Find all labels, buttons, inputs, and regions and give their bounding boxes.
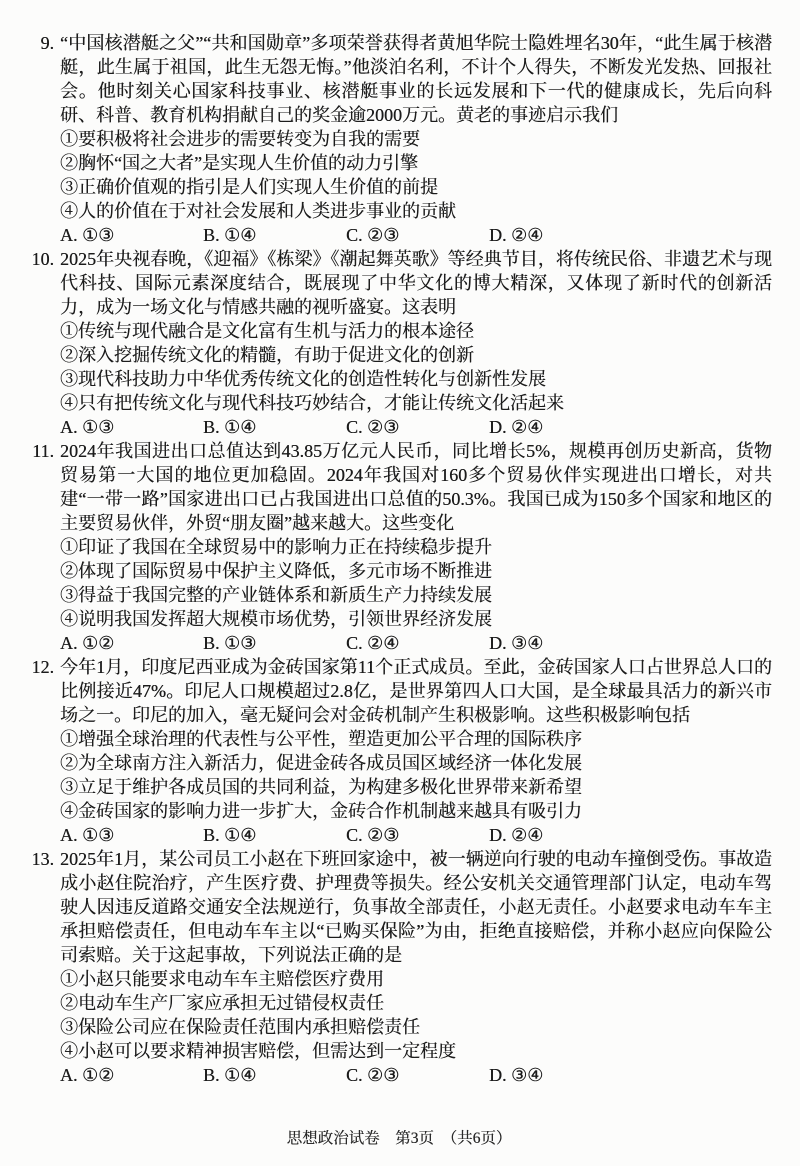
statement-4: ④只有把传统文化与现代科技巧妙结合，才能让传统文化活起来 [60,391,772,415]
choice-a: A. ①③ [60,415,203,439]
statement-2: ②体现了国际贸易中保护主义降低，多元市场不断推进 [60,559,772,583]
question-9: 9. “中国核潜艇之父”“共和国勋章”多项荣誉获得者黄旭华院士隐姓埋名30年，“… [26,31,772,247]
question-stem: 2025年央视春晚，《迎福》《栋梁》《潮起舞英歌》等经典节目，将传统民俗、非遗艺… [60,247,772,319]
choice-d: D. ③④ [489,1063,543,1087]
choice-b: B. ①③ [203,631,346,655]
statement-4: ④人的价值在于对社会发展和人类进步事业的贡献 [60,199,772,223]
question-13: 13. 2025年1月，某公司员工小赵在下班回家途中，被一辆逆向行驶的电动车撞倒… [26,847,772,1087]
choice-d: D. ②④ [489,823,543,847]
exam-page: 9. “中国核潜艇之父”“共和国勋章”多项荣誉获得者黄旭华院士隐姓埋名30年，“… [0,0,800,1166]
statement-1: ①小赵只能要求电动车车主赔偿医疗费用 [60,967,772,991]
statement-1: ①增强全球治理的代表性与公平性，塑造更加公平合理的国际秩序 [60,727,772,751]
choice-b: B. ①④ [203,223,346,247]
question-body: 今年1月，印度尼西亚成为金砖国家第11个正式成员。至此，金砖国家人口占世界总人口… [60,655,772,847]
choice-d: D. ③④ [489,631,543,655]
choices-row: A. ①③ B. ①④ C. ②③ D. ②④ [60,223,772,247]
choice-b: B. ①④ [203,823,346,847]
question-body: 2025年1月，某公司员工小赵在下班回家途中，被一辆逆向行驶的电动车撞倒受伤。事… [60,847,772,1087]
choice-b: B. ①④ [203,415,346,439]
choice-a: A. ①③ [60,823,203,847]
choice-a: A. ①③ [60,223,203,247]
statement-2: ②胸怀“国之大者”是实现人生价值的动力引擎 [60,151,772,175]
choice-a: A. ①② [60,1063,203,1087]
statement-4: ④小赵可以要求精神损害赔偿，但需达到一定程度 [60,1039,772,1063]
question-body: 2025年央视春晚，《迎福》《栋梁》《潮起舞英歌》等经典节目，将传统民俗、非遗艺… [60,247,772,439]
choice-c: C. ②③ [346,1063,489,1087]
question-body: “中国核潜艇之父”“共和国勋章”多项荣誉获得者黄旭华院士隐姓埋名30年，“此生属… [60,31,772,247]
choice-c: C. ②③ [346,415,489,439]
choice-d: D. ②④ [489,415,543,439]
choice-b: B. ①④ [203,1063,346,1087]
choices-row: A. ①② B. ①④ C. ②③ D. ③④ [60,1063,772,1087]
statement-4: ④金砖国家的影响力进一步扩大，金砖合作机制越来越具有吸引力 [60,799,772,823]
statement-1: ①传统与现代融合是文化富有生机与活力的根本途径 [60,319,772,343]
statement-2: ②为全球南方注入新活力，促进金砖各成员国区域经济一体化发展 [60,751,772,775]
statement-3: ③保险公司应在保险责任范围内承担赔偿责任 [60,1015,772,1039]
choices-row: A. ①③ B. ①④ C. ②③ D. ②④ [60,823,772,847]
question-10: 10. 2025年央视春晚，《迎福》《栋梁》《潮起舞英歌》等经典节目，将传统民俗… [26,247,772,439]
statement-2: ②深入挖掘传统文化的精髓，有助于促进文化的创新 [60,343,772,367]
choice-a: A. ①② [60,631,203,655]
choice-c: C. ②③ [346,823,489,847]
choices-row: A. ①② B. ①③ C. ②④ D. ③④ [60,631,772,655]
statement-3: ③现代科技助力中华优秀传统文化的创造性转化与创新性发展 [60,367,772,391]
page-footer: 思想政治试卷 第3页 （共6页） [26,1129,772,1149]
scan-artifact [758,89,762,96]
choice-c: C. ②③ [346,223,489,247]
statement-1: ①要积极将社会进步的需要转变为自我的需要 [60,127,772,151]
question-list: 9. “中国核潜艇之父”“共和国勋章”多项荣誉获得者黄旭华院士隐姓埋名30年，“… [26,31,772,1087]
question-number: 12. [26,655,60,847]
question-number: 13. [26,847,60,1087]
statement-3: ③正确价值观的指引是人们实现人生价值的前提 [60,175,772,199]
question-stem: 2024年我国进出口总值达到43.85万亿元人民币，同比增长5%，规模再创历史新… [60,439,772,535]
question-11: 11. 2024年我国进出口总值达到43.85万亿元人民币，同比增长5%，规模再… [26,439,772,655]
statement-1: ①印证了我国在全球贸易中的影响力正在持续稳步提升 [60,535,772,559]
question-stem: 今年1月，印度尼西亚成为金砖国家第11个正式成员。至此，金砖国家人口占世界总人口… [60,655,772,727]
question-stem: “中国核潜艇之父”“共和国勋章”多项荣誉获得者黄旭华院士隐姓埋名30年，“此生属… [60,31,772,127]
question-stem: 2025年1月，某公司员工小赵在下班回家途中，被一辆逆向行驶的电动车撞倒受伤。事… [60,847,772,967]
question-number: 9. [26,31,60,247]
statement-3: ③立足于维护各成员国的共同利益，为构建多极化世界带来新希望 [60,775,772,799]
question-number: 10. [26,247,60,439]
question-body: 2024年我国进出口总值达到43.85万亿元人民币，同比增长5%，规模再创历史新… [60,439,772,655]
choices-row: A. ①③ B. ①④ C. ②③ D. ②④ [60,415,772,439]
choice-c: C. ②④ [346,631,489,655]
statement-2: ②电动车生产厂家应承担无过错侵权责任 [60,991,772,1015]
question-number: 11. [26,439,60,655]
statement-4: ④说明我国发挥超大规模市场优势，引领世界经济发展 [60,607,772,631]
choice-d: D. ②④ [489,223,543,247]
question-12: 12. 今年1月，印度尼西亚成为金砖国家第11个正式成员。至此，金砖国家人口占世… [26,655,772,847]
statement-3: ③得益于我国完整的产业链体系和新质生产力持续发展 [60,583,772,607]
